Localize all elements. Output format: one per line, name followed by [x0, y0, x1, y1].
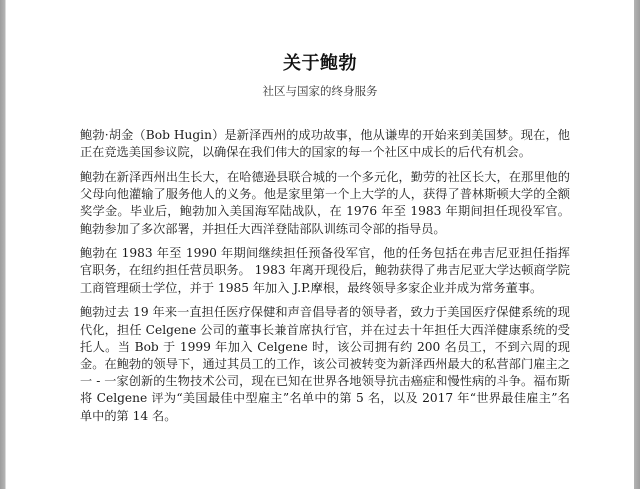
paragraph-celgene: 鲍勃过去 19 年来一直担任医疗保健和声音倡导者的领导者，致力于美国医疗保健系统…	[80, 304, 570, 424]
page-subtitle: 社区与国家的终身服务	[6, 83, 634, 99]
page-title: 关于鲍勃	[6, 49, 634, 75]
paragraph-intro: 鲍勃·胡金（Bob Hugin）是新泽西州的成功故事，他从谦卑的开始来到美国梦。…	[80, 127, 570, 161]
document-page: 关于鲍勃 社区与国家的终身服务 鲍勃·胡金（Bob Hugin）是新泽西州的成功…	[6, 0, 634, 489]
document-body: 鲍勃·胡金（Bob Hugin）是新泽西州的成功故事，他从谦卑的开始来到美国梦。…	[80, 127, 570, 432]
paragraph-career: 鲍勃在 1983 年至 1990 年期间继续担任预备役军官，他的任务包括在弗吉尼…	[80, 245, 570, 297]
document-viewer: 关于鲍勃 社区与国家的终身服务 鲍勃·胡金（Bob Hugin）是新泽西州的成功…	[0, 0, 640, 489]
paragraph-early-life: 鲍勃在新泽西州出生长大，在哈德逊县联合城的一个多元化，勤劳的社区长大，在那里他的…	[80, 169, 570, 238]
